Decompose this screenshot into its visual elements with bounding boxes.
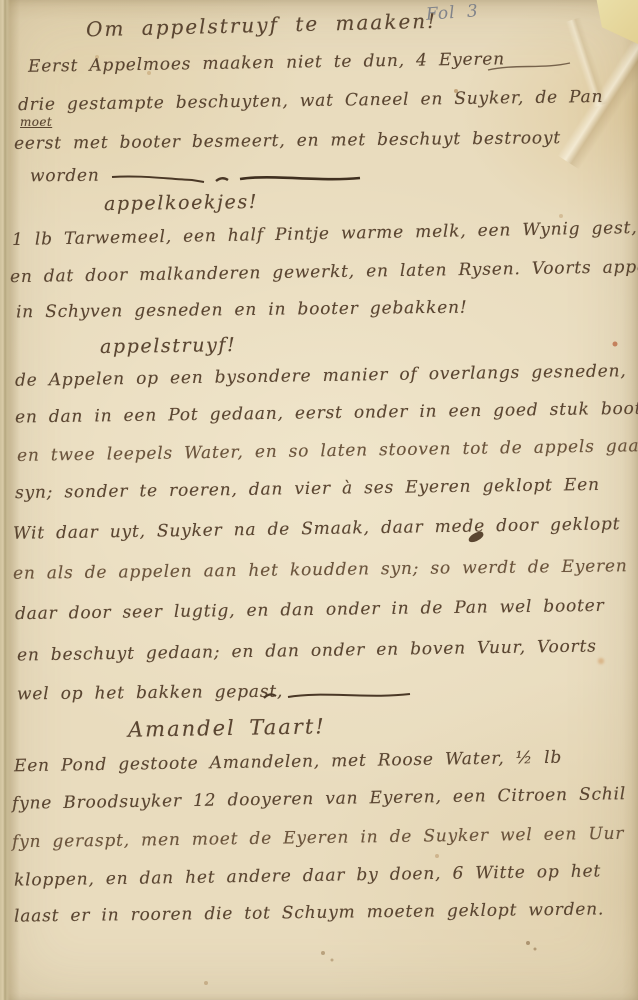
manuscript-line: fyne Broodsuyker 12 dooyeren van Eyeren,… bbox=[12, 784, 626, 814]
manuscript-line: laast er in rooren die tot Schuym moeten… bbox=[14, 899, 604, 926]
recipe-heading-amandel-taart: Amandel Taart! bbox=[128, 714, 326, 741]
pen-flourish bbox=[262, 688, 412, 704]
manuscript-line: en dat door malkanderen gewerkt, en late… bbox=[10, 257, 638, 287]
manuscript-line: Een Pond gestoote Amandelen, met Roose W… bbox=[14, 748, 562, 777]
manuscript-line: fyn geraspt, men moet de Eyeren in de Su… bbox=[12, 824, 624, 853]
manuscript-line: en beschuyt gedaan; en dan onder en bove… bbox=[17, 636, 597, 665]
manuscript-line: eerst met booter besmeert, en met beschu… bbox=[14, 128, 561, 154]
manuscript-line: en dan in een Pot gedaan, eerst onder in… bbox=[15, 398, 638, 427]
recipe-heading-appelstruyf: appelstruyf! bbox=[100, 334, 237, 358]
pen-flourish bbox=[112, 170, 362, 188]
manuscript-line: syn; sonder te roeren, dan vier à ses Ey… bbox=[15, 475, 600, 503]
recipe-heading-appelkoekjes: appelkoekjes! bbox=[104, 191, 258, 215]
manuscript-line: worden bbox=[30, 166, 100, 187]
manuscript-page: Fol 3 Om appelstruyf te maaken! Eerst Ap… bbox=[0, 0, 638, 1000]
manuscript-line: kloppen, en dan het andere daar by doen,… bbox=[14, 861, 601, 890]
inline-insertion: moet bbox=[20, 115, 52, 129]
manuscript-line: de Appelen op een bysondere manier of ov… bbox=[15, 361, 627, 391]
manuscript-line: wel op het bakken gepast, bbox=[17, 682, 283, 705]
manuscript-line: daar door seer lugtig, en dan onder in d… bbox=[15, 596, 605, 624]
manuscript-line: en als de appelen aan het koudden syn; s… bbox=[13, 556, 628, 584]
manuscript-line: Eerst Appelmoes maaken niet te dun, 4 Ey… bbox=[28, 49, 505, 76]
pen-flourish bbox=[486, 60, 572, 74]
manuscript-line: Wit daar uyt, Suyker na de Smaak, daar m… bbox=[13, 514, 621, 544]
page-title: Om appelstruyf te maaken! bbox=[86, 9, 438, 42]
manuscript-line: in Schyven gesneden en in booter gebakke… bbox=[16, 298, 468, 323]
manuscript-line: 1 lb Tarwemeel, een half Pintje warme me… bbox=[12, 218, 638, 250]
foxing-spots bbox=[0, 0, 2, 2]
manuscript-line: en twee leepels Water, en so laten stoov… bbox=[17, 436, 638, 466]
manuscript-line: drie gestampte beschuyten, wat Caneel en… bbox=[18, 87, 604, 115]
